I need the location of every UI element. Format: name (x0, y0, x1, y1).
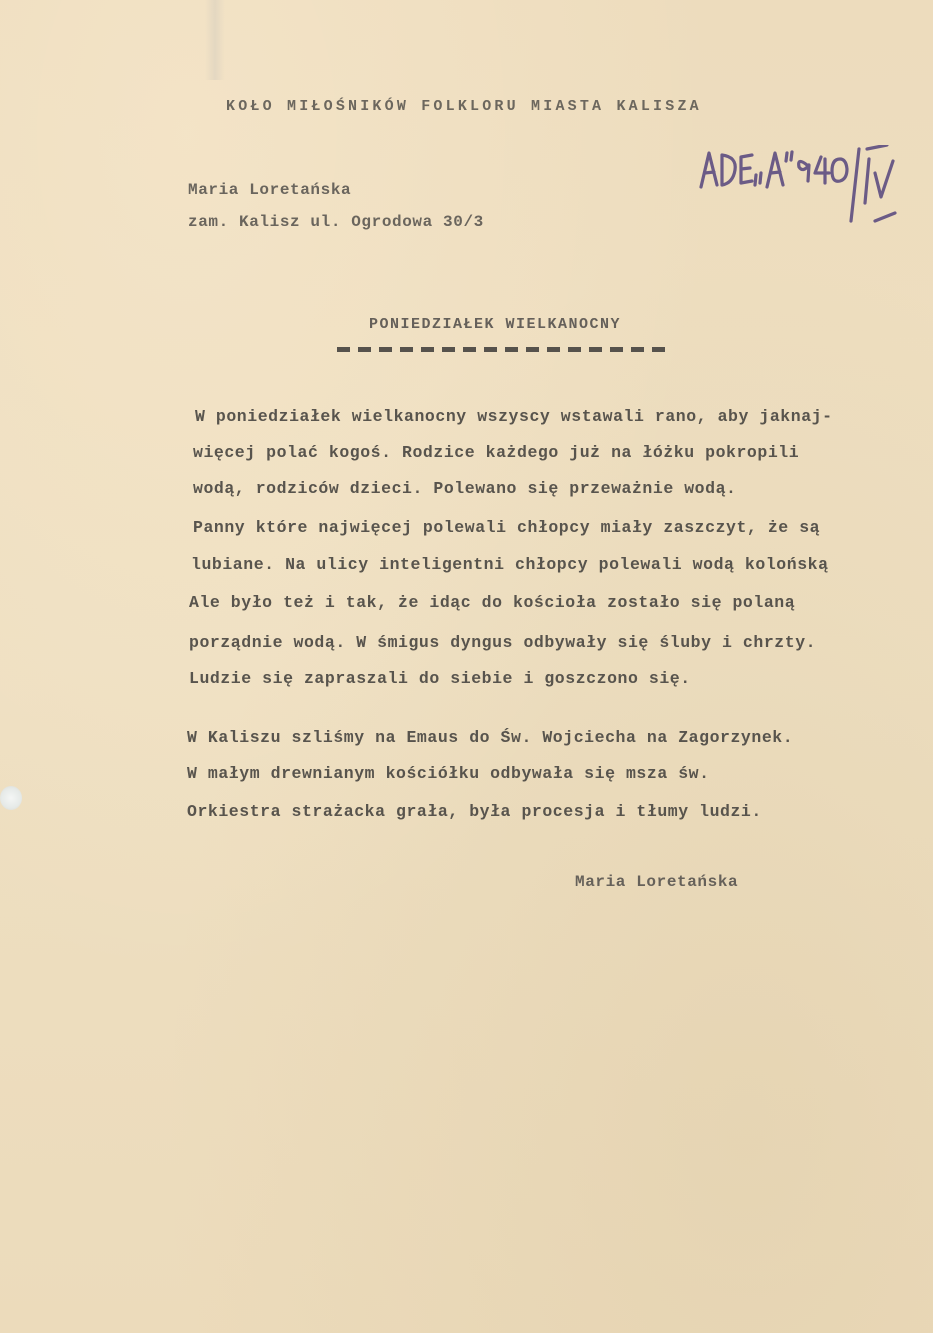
text-line: Panny które najwięcej polewali chłopcy m… (193, 518, 820, 537)
text-line: W Kaliszu szliśmy na Emaus do Św. Wojcie… (187, 728, 793, 747)
punch-hole (0, 786, 22, 810)
text-line: W poniedziałek wielkanocny wszyscy wstaw… (195, 407, 833, 426)
text-line: więcej polać kogoś. Rodzice każdego już … (193, 443, 799, 462)
text-line: Ale było też i tak, że idąc do kościoła … (189, 593, 795, 612)
text-line: W małym drewnianym kościółku odbywała si… (187, 764, 710, 783)
text-line: lubiane. Na ulicy inteligentni chłopcy p… (191, 555, 829, 574)
text-line: porządnie wodą. W śmigus dyngus odbywały… (189, 633, 816, 652)
author-name: Maria Loretańska (188, 181, 351, 199)
closing-signature: Maria Loretańska (575, 873, 738, 891)
author-address: zam. Kalisz ul. Ogrodowa 30/3 (188, 213, 484, 231)
archive-handwritten-mark (697, 145, 917, 235)
document-title: PONIEDZIAŁEK WIELKANOCNY (369, 316, 621, 333)
organization-header: KOŁO MIŁOŚNIKÓW FOLKLORU MIASTA KALISZA (226, 98, 702, 115)
text-line: wodą, rodziców dzieci. Polewano się prze… (193, 479, 736, 498)
text-line: Orkiestra strażacka grała, była procesja… (187, 802, 762, 821)
document-page: KOŁO MIŁOŚNIKÓW FOLKLORU MIASTA KALISZA (0, 0, 933, 1333)
text-line: Ludzie się zapraszali do siebie i goszcz… (189, 669, 691, 688)
title-dashed-underline (337, 347, 670, 352)
paper-crease (205, 0, 225, 80)
